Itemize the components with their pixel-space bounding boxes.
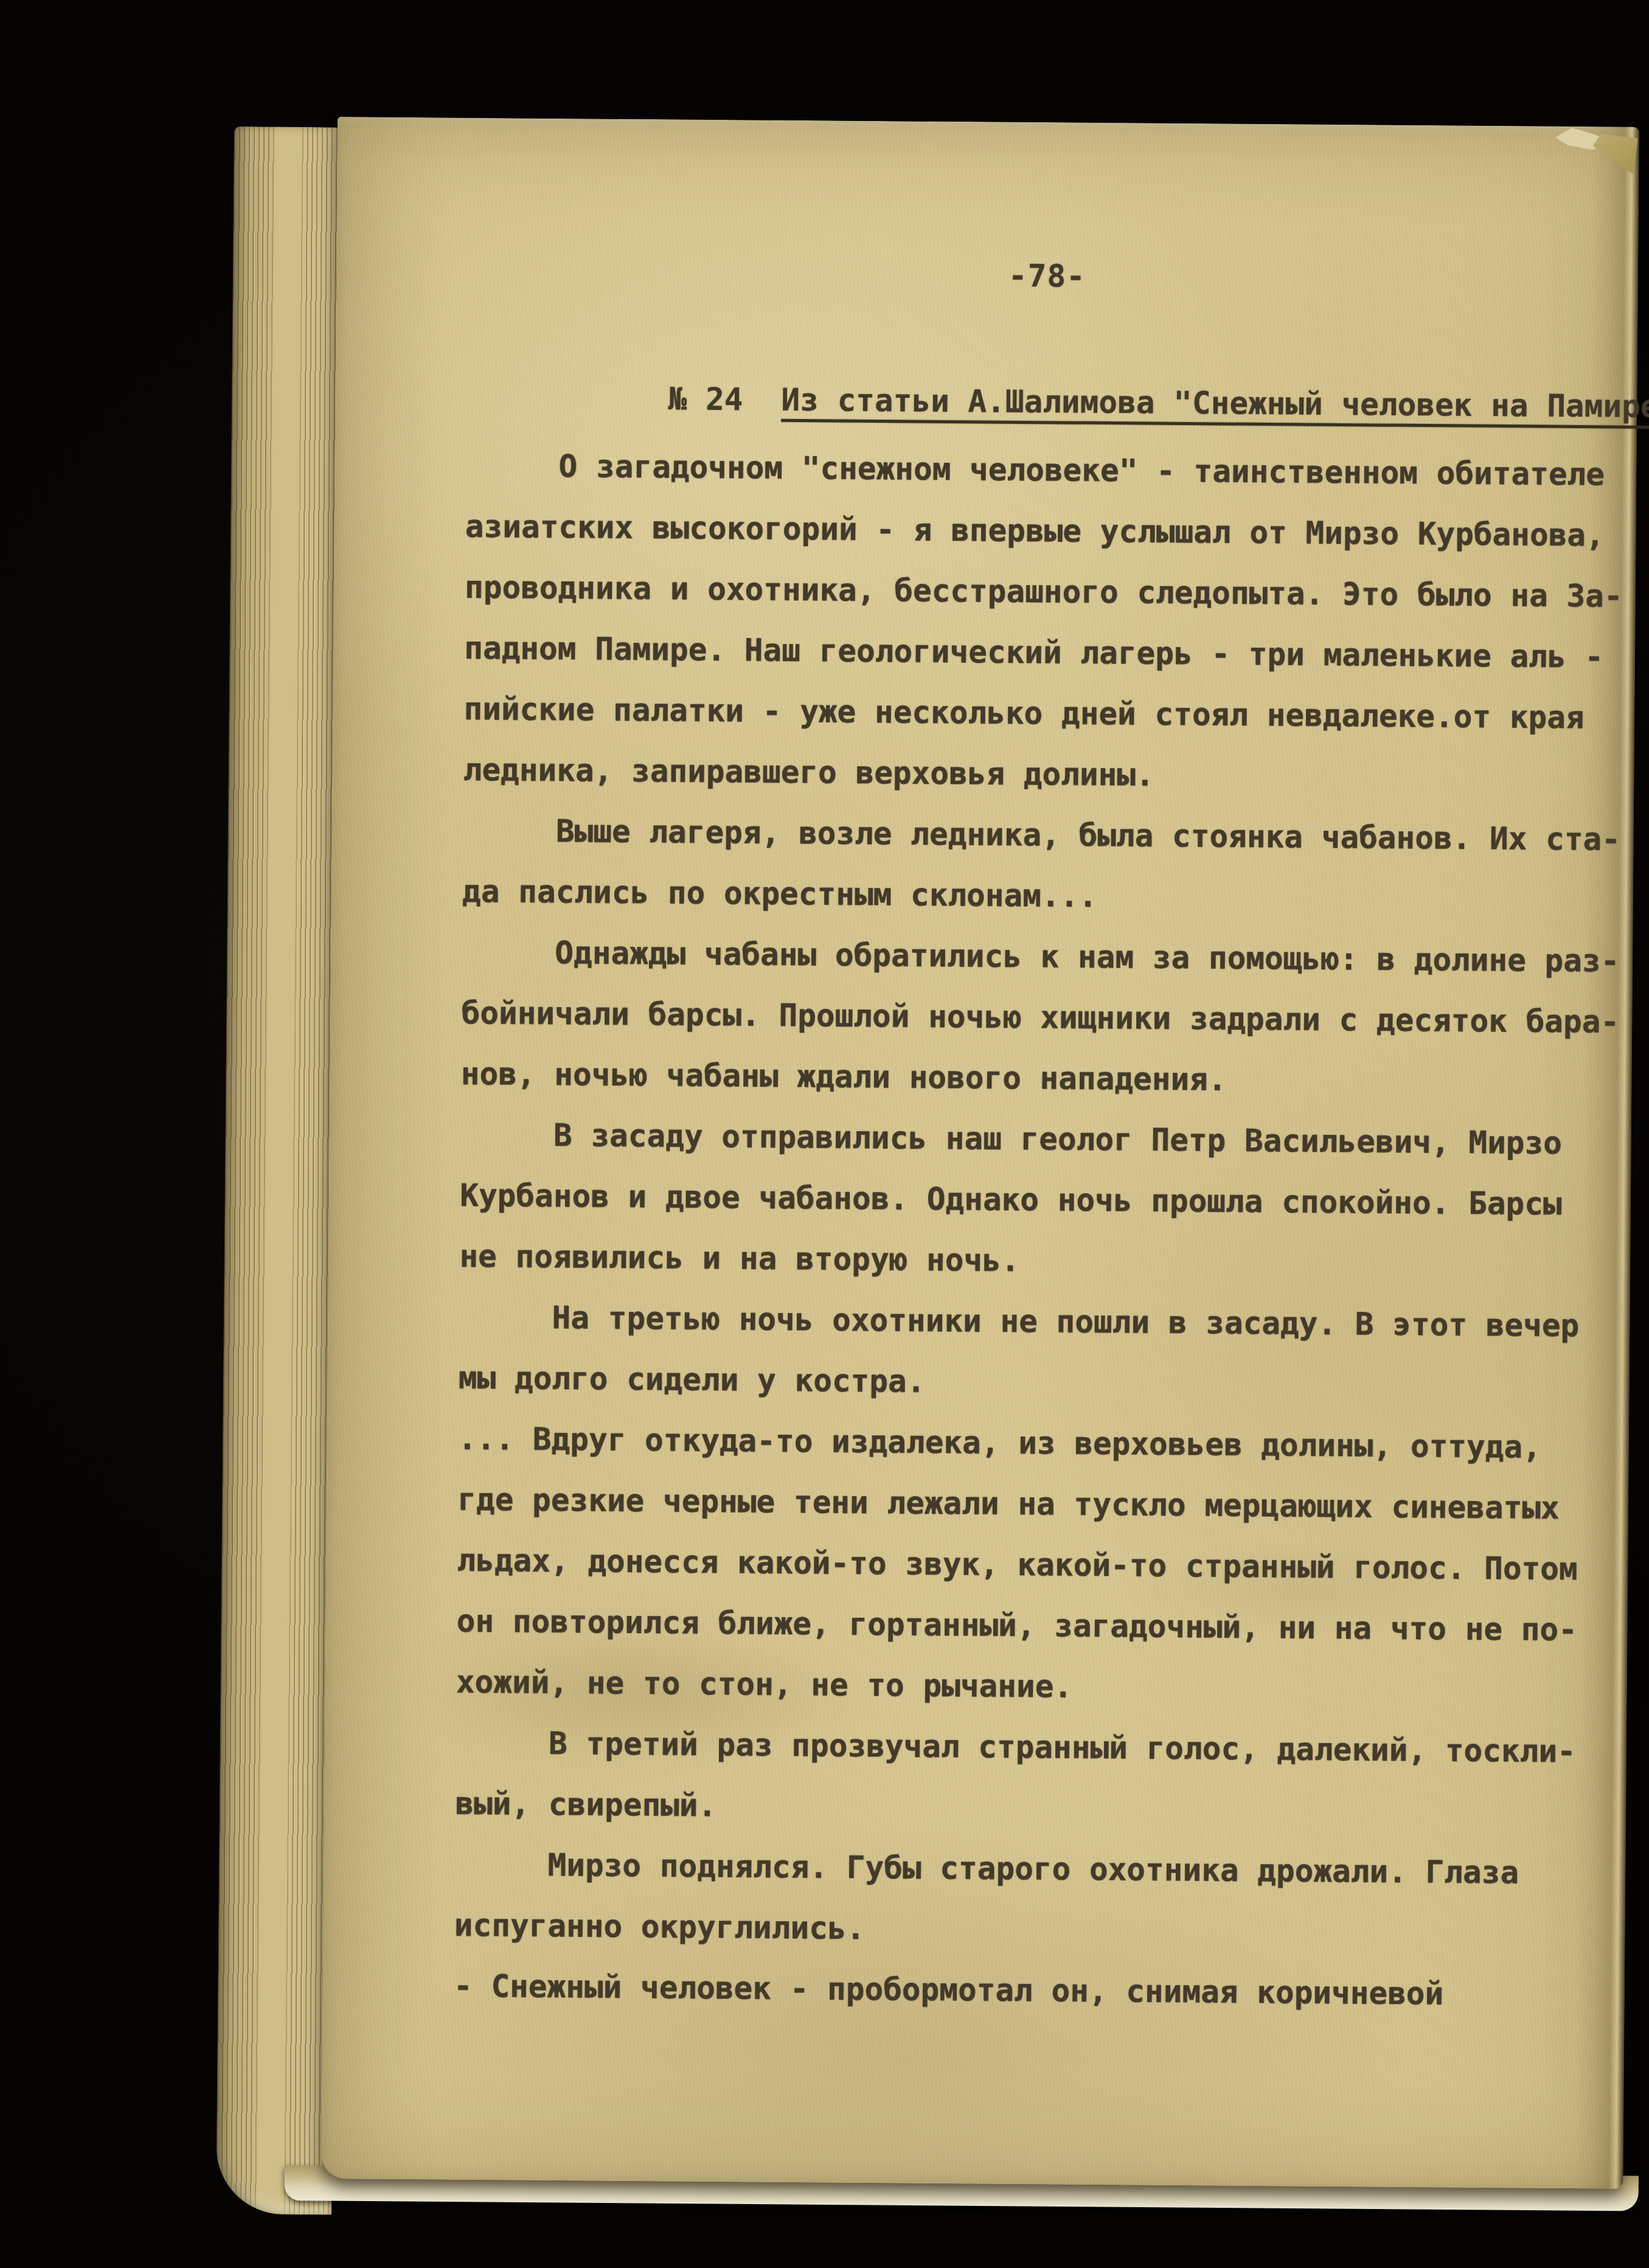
text-line: В третий раз прозвучал странный голос, д… <box>456 1713 1618 1783</box>
text-line: В засаду отправились наш геолог Петр Вас… <box>460 1105 1622 1175</box>
text-line: нов, ночью чабаны ждали нового нападения… <box>460 1044 1623 1114</box>
text-line: вый, свирепый. <box>455 1774 1617 1844</box>
text-line: На третью ночь охотники не пошли в засад… <box>459 1288 1621 1358</box>
text-line: мы долго сидели у костра. <box>458 1348 1620 1418</box>
text-line: хожий, не то стон, не то рычание. <box>456 1652 1618 1722</box>
document-body: О загадочном "снежном человеке" - таинст… <box>453 436 1627 2027</box>
text-line: ... Вдруг откуда-то издалека, из верховь… <box>458 1409 1620 1479</box>
document-title: Из статьи А.Шалимова "Снежный человек на… <box>781 383 1649 426</box>
text-line: не появились и на вторую ночь. <box>459 1227 1622 1297</box>
document-page: -78- № 24Из статьи А.Шалимова "Снежный ч… <box>321 117 1639 2189</box>
document-number: № 24 <box>668 381 743 418</box>
text-line: Мирзо поднялся. Губы старого охотника др… <box>454 1835 1617 1905</box>
text-line: проводника и охотника, бесстрашного след… <box>465 558 1627 628</box>
text-line: да паслись по окрестным склонам... <box>462 862 1625 932</box>
text-line: Однажды чабаны обратились к нам за помощ… <box>462 923 1624 993</box>
text-line: он повторился ближе, гортанный, загадочн… <box>456 1592 1619 1662</box>
text-line: Выше лагеря, возле ледника, была стоянка… <box>462 801 1625 871</box>
text-line: ледника, запиравшего верховья долины. <box>463 740 1625 810</box>
text-line: где резкие черные тени лежали на тускло … <box>457 1470 1620 1540</box>
page-number: -78- <box>1008 258 1086 295</box>
text-line: падном Памире. Наш геологический лагерь … <box>464 619 1626 688</box>
text-line: - Снежный человек - пробормотал он, сним… <box>453 1957 1616 2027</box>
text-line: пийские палатки - уже несколько дней сто… <box>463 679 1626 749</box>
text-line: Курбанов и двое чабанов. Однако ночь про… <box>460 1166 1622 1236</box>
text-line: азиатских высокогорий - я впервые услыша… <box>465 497 1627 567</box>
text-line: льдах, донесся какой-то звук, какой-то с… <box>457 1531 1619 1601</box>
text-line: бойничали барсы. Прошлой ночью хищники з… <box>461 983 1623 1053</box>
text-line: О загадочном "снежном человеке" - таинст… <box>465 436 1628 506</box>
scan-backdrop: -78- № 24Из статьи А.Шалимова "Снежный ч… <box>0 0 1649 2268</box>
text-line: испуганно округлились. <box>454 1896 1616 1966</box>
